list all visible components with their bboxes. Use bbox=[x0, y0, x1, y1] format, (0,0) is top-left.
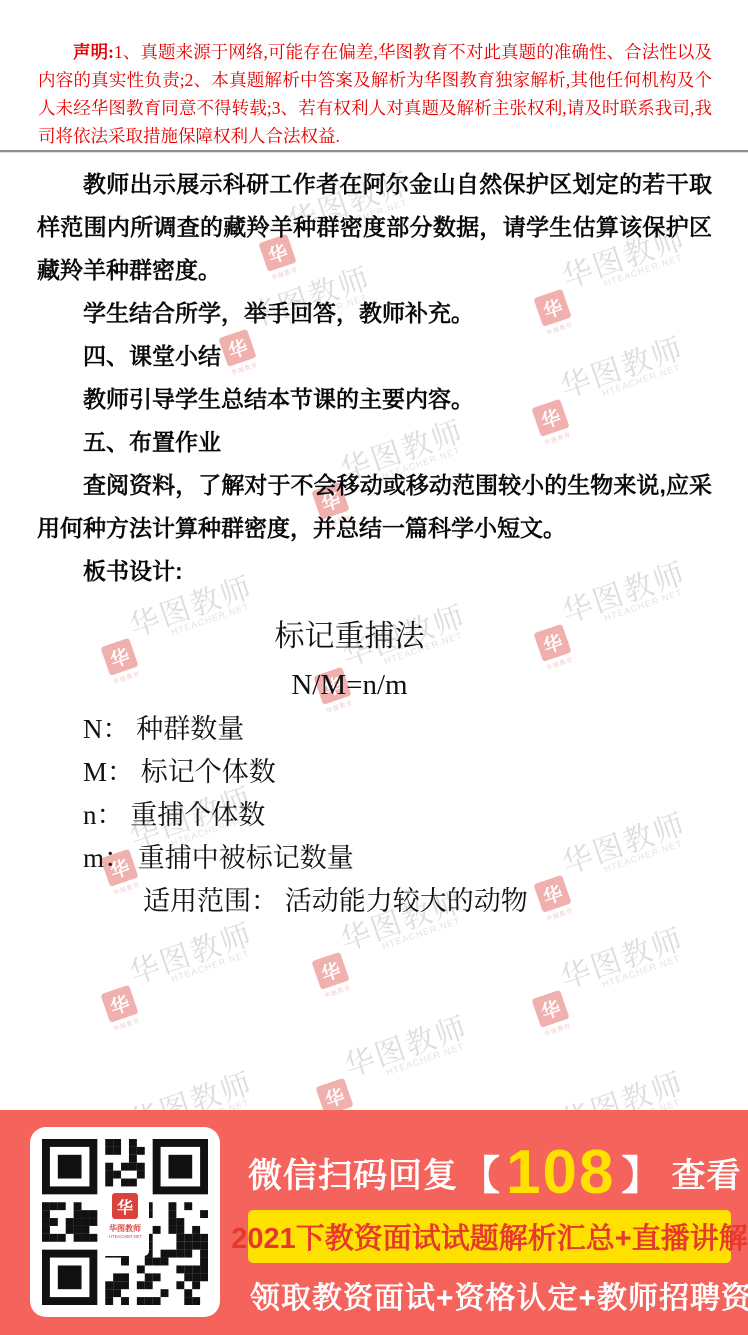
footer-line1: 微信扫码回复 【 108 】 查看 bbox=[248, 1130, 741, 1215]
watermark-logo-subtext: 华图教育 bbox=[323, 982, 352, 1000]
paragraph-summary: 教师引导学生总结本节课的主要内容。 bbox=[37, 378, 712, 421]
board-item-N: N： 种群数量 bbox=[37, 708, 712, 751]
board-scope: 适用范围： 活动能力较大的动物 bbox=[37, 880, 712, 923]
disclaimer-label: 声明: bbox=[73, 42, 114, 62]
document-page: 华华图教育华图教师HTEACHER.NET华华图教育华图教师HTEACHER.N… bbox=[0, 0, 748, 1335]
disclaimer: 声明:1、真题来源于网络,可能存在偏差,华图教育不对此真题的准确性、合法性以及内… bbox=[38, 38, 712, 150]
watermark-domain: HTEACHER.NET bbox=[170, 948, 251, 984]
board-item-m: m： 重捕中被标记数量 bbox=[37, 837, 712, 880]
watermark: 华华图教育华图教师HTEACHER.NET bbox=[520, 919, 685, 1036]
footer-line1-prefix: 微信扫码回复 bbox=[248, 1148, 458, 1197]
board-item-n: n： 重捕个体数 bbox=[37, 794, 712, 837]
watermark-logo-icon: 华 bbox=[100, 985, 138, 1023]
footer-bracket-close: 】 bbox=[621, 1144, 661, 1201]
qr-code: 华 华图教师 HTEACHER.NET bbox=[30, 1127, 220, 1317]
qr-center-logo: 华 华图教师 HTEACHER.NET bbox=[101, 1188, 149, 1256]
paragraph-teacher-shows-data: 教师出示展示科研工作者在阿尔金山自然保护区划定的若干取样范围内所调查的藏羚羊种群… bbox=[37, 163, 712, 292]
board-design: 标记重捕法 N/M=n/m N： 种群数量 M： 标记个体数 n： 重捕个体数 … bbox=[37, 600, 712, 923]
lesson-body: 教师出示展示科研工作者在阿尔金山自然保护区划定的若干取样范围内所调查的藏羚羊种群… bbox=[37, 163, 712, 593]
board-title: 标记重捕法 bbox=[37, 600, 662, 662]
footer-reply-code: 108 bbox=[506, 1142, 615, 1204]
paragraph-students-answer: 学生结合所学，举手回答，教师补充。 bbox=[37, 292, 712, 335]
watermark: 华华图教育华图教师HTEACHER.NET bbox=[89, 914, 254, 1031]
watermark: 华华图教育华图教师HTEACHER.NET bbox=[304, 1007, 469, 1124]
watermark-logo-subtext: 华图教育 bbox=[112, 1015, 141, 1033]
watermark-logo-icon: 华 bbox=[531, 990, 569, 1028]
watermark-logo-subtext: 华图教育 bbox=[543, 1020, 572, 1038]
huatu-logo-icon: 华 bbox=[112, 1193, 138, 1219]
board-formula: N/M=n/m bbox=[37, 662, 662, 708]
paragraph-homework: 查阅资料，了解对于不会移动或移动范围较小的生物来说,应采用何种方法计算种群密度，… bbox=[37, 464, 712, 550]
watermark-logo-icon: 华 bbox=[311, 952, 349, 990]
watermark-domain: HTEACHER.NET bbox=[601, 953, 682, 989]
promo-footer: 华 华图教师 HTEACHER.NET 微信扫码回复 【 108 】 查看 20… bbox=[0, 1110, 748, 1335]
qr-logo-domain: HTEACHER.NET bbox=[108, 1234, 141, 1239]
heading-homework: 五、布置作业 bbox=[37, 421, 712, 464]
heading-class-summary: 四、课堂小结 bbox=[37, 335, 712, 378]
watermark-brand: 华图教师 bbox=[337, 1002, 472, 1085]
watermark-brand: 华图教师 bbox=[553, 914, 688, 997]
board-item-M: M： 标记个体数 bbox=[37, 751, 712, 794]
qr-logo-brand: 华图教师 bbox=[109, 1223, 141, 1234]
divider-line bbox=[0, 150, 748, 153]
heading-board-design: 板书设计: bbox=[37, 550, 712, 593]
footer-line3: 领取教资面试+资格认定+教师招聘资料 bbox=[250, 1273, 748, 1317]
footer-banner: 2021下教资面试试题解析汇总+直播讲解 bbox=[248, 1210, 731, 1263]
disclaimer-text: 1、真题来源于网络,可能存在偏差,华图教育不对此真题的准确性、合法性以及内容的真… bbox=[38, 42, 712, 146]
footer-bracket-open: 【 bbox=[460, 1144, 500, 1201]
watermark-domain: HTEACHER.NET bbox=[385, 1041, 466, 1077]
footer-line1-suffix: 查看 bbox=[671, 1148, 741, 1197]
